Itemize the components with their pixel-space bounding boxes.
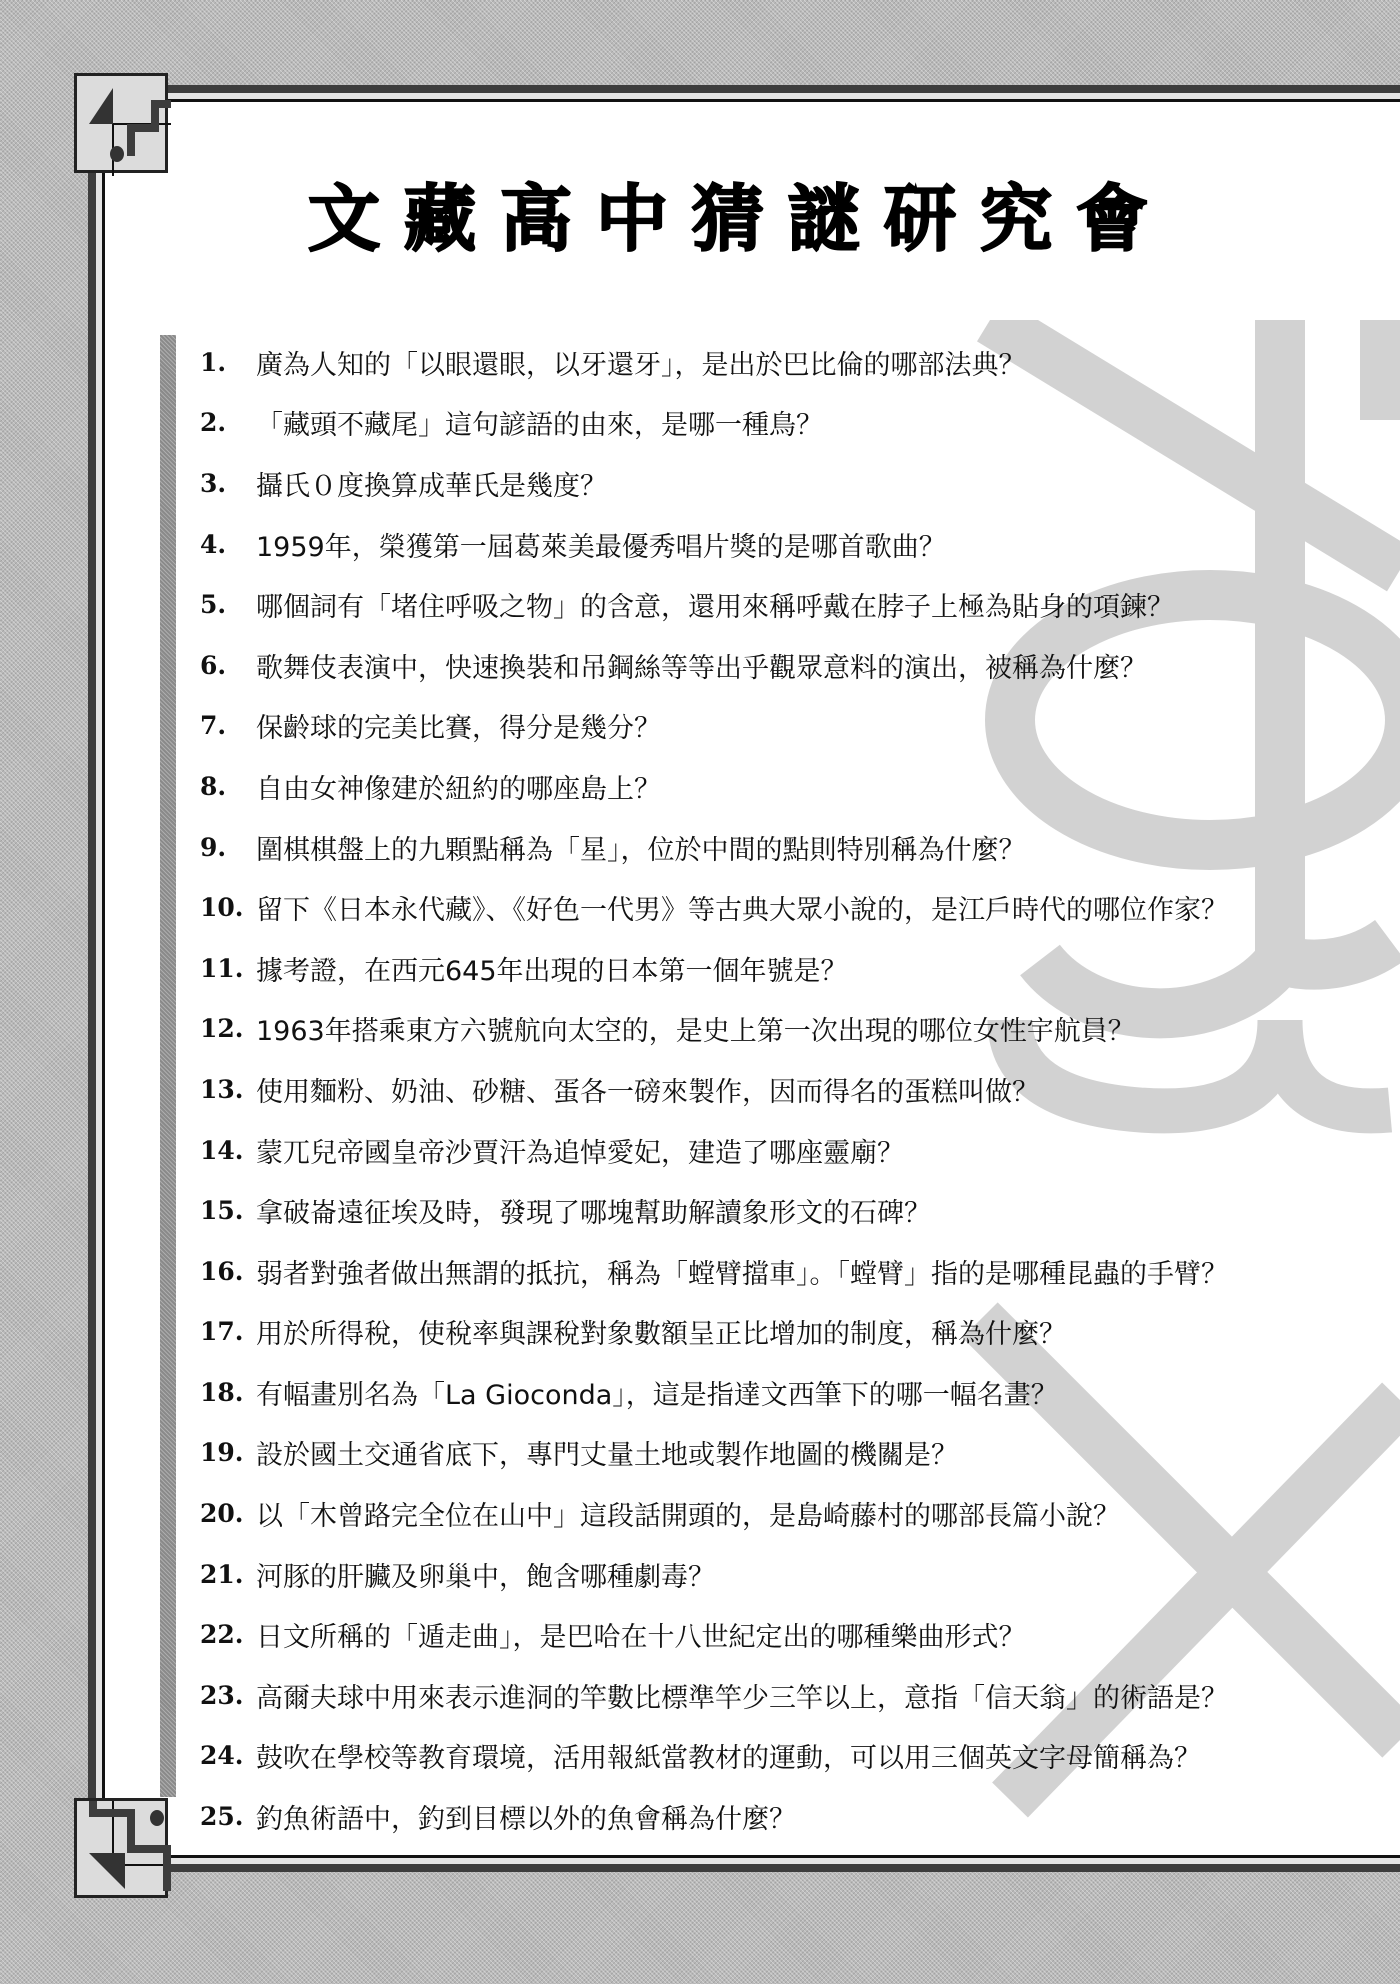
question-text: 河豚的肝臟及卵巢中，飽含哪種劇毒？ [256, 1555, 715, 1594]
question-number: 20. [200, 1499, 256, 1528]
question-text: 保齡球的完美比賽，得分是幾分？ [256, 706, 661, 745]
question-text: 哪個詞有「堵住呼吸之物」的含意，還用來稱呼戴在脖子上極為貼身的項鍊？ [256, 585, 1174, 624]
question-text: 廣為人知的「以眼還眼，以牙還牙」，是出於巴比倫的哪部法典？ [256, 343, 1026, 382]
question-text: 歌舞伎表演中，快速換裝和吊鋼絲等等出乎觀眾意料的演出，被稱為什麼？ [256, 646, 1147, 685]
question-item: 13.使用麵粉、奶油、砂糖、蛋各一磅來製作，因而得名的蛋糕叫做？ [200, 1059, 1400, 1120]
question-number: 2. [200, 408, 256, 437]
question-item: 15.拿破崙遠征埃及時，發現了哪塊幫助解讀象形文的石碑？ [200, 1180, 1400, 1241]
question-number: 7. [200, 711, 256, 740]
question-text: 1959年，榮獲第一屆葛萊美最優秀唱片獎的是哪首歌曲？ [256, 525, 946, 564]
question-number: 23. [200, 1681, 256, 1710]
question-number: 11. [200, 954, 256, 983]
question-item: 3.攝氏０度換算成華氏是幾度？ [200, 453, 1400, 514]
question-text: 以「木曾路完全位在山中」這段話開頭的，是島崎藤村的哪部長篇小說？ [256, 1494, 1120, 1533]
question-item: 18.有幅畫別名為「La Gioconda」，這是指達文西筆下的哪一幅名畫？ [200, 1362, 1400, 1423]
question-number: 25. [200, 1802, 256, 1831]
question-number: 15. [200, 1196, 256, 1225]
dot-ornament-top [110, 146, 124, 162]
question-item: 14.蒙兀兒帝國皇帝沙賈汗為追悼愛妃，建造了哪座靈廟？ [200, 1120, 1400, 1181]
question-text: 「藏頭不藏尾」這句諺語的由來，是哪一種鳥？ [256, 403, 823, 442]
question-item: 19.設於國土交通省底下，專門丈量土地或製作地圖的機關是？ [200, 1423, 1400, 1484]
question-item: 12.1963年搭乘東方六號航向太空的，是史上第一次出現的哪位女性宇航員？ [200, 999, 1400, 1060]
question-number: 21. [200, 1560, 256, 1589]
question-text: 有幅畫別名為「La Gioconda」，這是指達文西筆下的哪一幅名畫？ [256, 1373, 1058, 1412]
question-number: 3. [200, 469, 256, 498]
question-item: 17.用於所得稅，使稅率與課稅對象數額呈正比增加的制度，稱為什麼？ [200, 1302, 1400, 1363]
question-text: 據考證，在西元645年出現的日本第一個年號是？ [256, 949, 848, 988]
question-text: 自由女神像建於紐約的哪座島上？ [256, 767, 661, 806]
question-text: 圍棋棋盤上的九顆點稱為「星」，位於中間的點則特別稱為什麼？ [256, 828, 1026, 867]
question-item: 23.高爾夫球中用來表示進洞的竿數比標準竿少三竿以上，意指「信天翁」的術語是？ [200, 1665, 1400, 1726]
question-number: 18. [200, 1378, 256, 1407]
page-title: 文藏高中猜謎研究會 [300, 176, 1180, 262]
side-accent-bar [160, 335, 176, 1797]
question-number: 5. [200, 590, 256, 619]
question-number: 8. [200, 772, 256, 801]
question-text: 弱者對強者做出無謂的抵抗，稱為「螳臂擋車」。「螳臂」指的是哪種昆蟲的手臂？ [256, 1252, 1228, 1291]
question-item: 6.歌舞伎表演中，快速換裝和吊鋼絲等等出乎觀眾意料的演出，被稱為什麼？ [200, 635, 1400, 696]
question-text: 拿破崙遠征埃及時，發現了哪塊幫助解讀象形文的石碑？ [256, 1191, 931, 1230]
question-text: 設於國土交通省底下，專門丈量土地或製作地圖的機關是？ [256, 1433, 958, 1472]
question-item: 16.弱者對強者做出無謂的抵抗，稱為「螳臂擋車」。「螳臂」指的是哪種昆蟲的手臂？ [200, 1241, 1400, 1302]
question-item: 1.廣為人知的「以眼還眼，以牙還牙」，是出於巴比倫的哪部法典？ [200, 332, 1400, 393]
question-item: 21.河豚的肝臟及卵巢中，飽含哪種劇毒？ [200, 1544, 1400, 1605]
dot-ornament-bottom [150, 1810, 164, 1826]
question-number: 14. [200, 1136, 256, 1165]
question-item: 5.哪個詞有「堵住呼吸之物」的含意，還用來稱呼戴在脖子上極為貼身的項鍊？ [200, 574, 1400, 635]
question-number: 13. [200, 1075, 256, 1104]
question-item: 25.釣魚術語中，釣到目標以外的魚會稱為什麼？ [200, 1786, 1400, 1847]
question-list: 1.廣為人知的「以眼還眼，以牙還牙」，是出於巴比倫的哪部法典？ 2.「藏頭不藏尾… [200, 332, 1400, 1847]
question-item: 4.1959年，榮獲第一屆葛萊美最優秀唱片獎的是哪首歌曲？ [200, 514, 1400, 575]
question-number: 9. [200, 833, 256, 862]
question-item: 10.留下《日本永代藏》、《好色一代男》等古典大眾小說的，是江戶時代的哪位作家？ [200, 877, 1400, 938]
question-number: 17. [200, 1317, 256, 1346]
question-item: 24.鼓吹在學校等教育環境，活用報紙當教材的運動，可以用三個英文字母簡稱為？ [200, 1726, 1400, 1787]
question-number: 4. [200, 530, 256, 559]
question-item: 2.「藏頭不藏尾」這句諺語的由來，是哪一種鳥？ [200, 393, 1400, 454]
question-item: 7.保齡球的完美比賽，得分是幾分？ [200, 696, 1400, 757]
question-text: 攝氏０度換算成華氏是幾度？ [256, 464, 607, 503]
question-number: 10. [200, 893, 256, 922]
question-item: 9.圍棋棋盤上的九顆點稱為「星」，位於中間的點則特別稱為什麼？ [200, 817, 1400, 878]
question-item: 11.據考證，在西元645年出現的日本第一個年號是？ [200, 938, 1400, 999]
question-text: 釣魚術語中，釣到目標以外的魚會稱為什麼？ [256, 1797, 796, 1836]
question-number: 22. [200, 1620, 256, 1649]
question-text: 用於所得稅，使稅率與課稅對象數額呈正比增加的制度，稱為什麼？ [256, 1312, 1066, 1351]
question-text: 1963年搭乘東方六號航向太空的，是史上第一次出現的哪位女性宇航員？ [256, 1009, 1135, 1048]
question-number: 19. [200, 1438, 256, 1467]
question-item: 20.以「木曾路完全位在山中」這段話開頭的，是島崎藤村的哪部長篇小說？ [200, 1483, 1400, 1544]
question-text: 蒙兀兒帝國皇帝沙賈汗為追悼愛妃，建造了哪座靈廟？ [256, 1131, 904, 1170]
question-number: 24. [200, 1741, 256, 1770]
question-number: 16. [200, 1257, 256, 1286]
question-number: 12. [200, 1014, 256, 1043]
question-text: 留下《日本永代藏》、《好色一代男》等古典大眾小說的，是江戶時代的哪位作家？ [256, 888, 1228, 927]
question-text: 日文所稱的「遁走曲」，是巴哈在十八世紀定出的哪種樂曲形式？ [256, 1615, 1026, 1654]
question-number: 6. [200, 651, 256, 680]
question-text: 鼓吹在學校等教育環境，活用報紙當教材的運動，可以用三個英文字母簡稱為？ [256, 1736, 1201, 1775]
question-text: 高爾夫球中用來表示進洞的竿數比標準竿少三竿以上，意指「信天翁」的術語是？ [256, 1676, 1228, 1715]
question-number: 1. [200, 348, 256, 377]
question-text: 使用麵粉、奶油、砂糖、蛋各一磅來製作，因而得名的蛋糕叫做？ [256, 1070, 1039, 1109]
question-item: 22.日文所稱的「遁走曲」，是巴哈在十八世紀定出的哪種樂曲形式？ [200, 1604, 1400, 1665]
question-item: 8.自由女神像建於紐約的哪座島上？ [200, 756, 1400, 817]
